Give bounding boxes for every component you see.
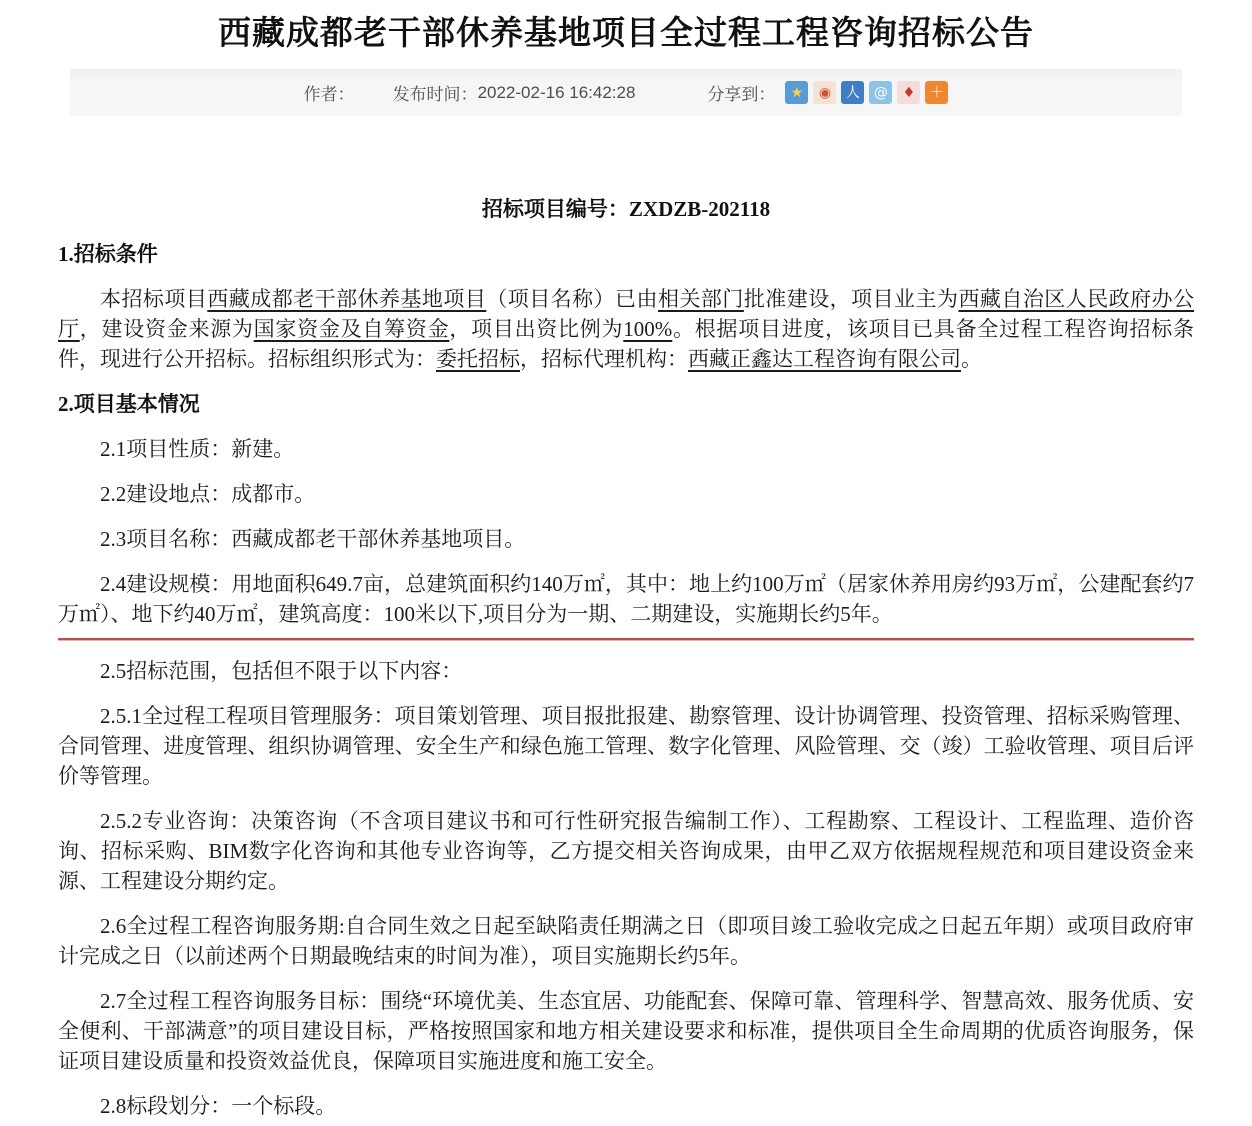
publish-time-label: 发布时间： — [393, 80, 478, 105]
text-run: （项目名称）已由 — [486, 287, 658, 311]
underlined-text-run: 委托招标 — [436, 347, 520, 371]
publish-time-value: 2022-02-16 16:42:28 — [478, 83, 636, 103]
page-title: 西藏成都老干部休养基地项目全过程工程咨询招标公告 — [0, 0, 1252, 56]
project-number-line: 招标项目编号：ZXDZB-202118 — [58, 194, 1194, 224]
share-label: 分享到： — [707, 80, 775, 105]
underlined-text-run: 西藏正鑫达工程咨询有限公司 — [688, 347, 961, 371]
paragraph-project-name: 2.3项目名称：西藏成都老干部休养基地项目。 — [58, 524, 1194, 554]
text-run: 批准建设，项目业主为 — [744, 287, 959, 311]
share-weibo-sun-icon[interactable]: ◉ — [813, 81, 836, 104]
share-qzone-star-icon[interactable]: ★ — [785, 81, 808, 104]
paragraph-tender-conditions: 本招标项目西藏成都老干部休养基地项目（项目名称）已由相关部门批准建设，项目业主为… — [58, 284, 1194, 374]
paragraph-tender-scope-consulting: 2.5.2专业咨询：决策咨询（不含项目建议书和可行性研究报告编制工作）、工程勘察… — [58, 806, 1194, 896]
underlined-text-run: 西藏成都老干部休养基地项目 — [207, 287, 486, 311]
paragraph-service-goal: 2.7全过程工程咨询服务目标：围绕“环境优美、生态宜居、功能配套、保障可靠、管理… — [58, 986, 1194, 1076]
paragraph-project-scale: 2.4建设规模：用地面积649.7亩，总建筑面积约140万㎡，其中：地上约100… — [58, 569, 1194, 629]
paragraph-project-nature: 2.1项目性质：新建。 — [58, 434, 1194, 464]
text-run: ，项目出资比例为 — [449, 317, 623, 341]
project-number-label: 招标项目编号： — [482, 197, 629, 221]
share-red-mark-icon[interactable]: ♦ — [897, 81, 920, 104]
share-icons: ★◉人@♦＋ — [785, 81, 948, 104]
author-label: 作者： — [304, 80, 355, 105]
share-tweibo-swirl-icon[interactable]: @ — [869, 81, 892, 104]
paragraph-service-period: 2.6全过程工程咨询服务期:自合同生效之日起至缺陷责任期满之日（即项目竣工验收完… — [58, 911, 1194, 971]
paragraph-tender-scope-management: 2.5.1全过程工程项目管理服务：项目策划管理、项目报批报建、勘察管理、设计协调… — [58, 701, 1194, 791]
paragraph-project-location: 2.2建设地点：成都市。 — [58, 479, 1194, 509]
paragraph-lot-division: 2.8标段划分：一个标段。 — [58, 1091, 1194, 1121]
text-run: ，招标代理机构： — [520, 347, 688, 371]
underlined-text-run: 100% — [623, 317, 672, 341]
red-underline-divider — [58, 638, 1194, 641]
share-more-plus-icon[interactable]: ＋ — [925, 81, 948, 104]
underlined-text-run: 国家资金及自筹资金 — [254, 317, 450, 341]
underlined-text-run: 相关部门 — [658, 287, 744, 311]
document-body: 招标项目编号：ZXDZB-202118 1.招标条件 本招标项目西藏成都老干部休… — [58, 194, 1194, 1121]
text-run: ，建设资金来源为 — [80, 317, 254, 341]
meta-bar: 作者： 发布时间： 2022-02-16 16:42:28 分享到： ★◉人@♦… — [70, 69, 1182, 116]
heading-tender-conditions: 1.招标条件 — [58, 239, 1194, 269]
text-run: 本招标项目 — [100, 287, 207, 311]
text-run: 。 — [961, 347, 982, 371]
project-number-value: ZXDZB-202118 — [629, 197, 770, 221]
paragraph-tender-scope: 2.5招标范围，包括但不限于以下内容： — [58, 656, 1194, 686]
share-renren-person-icon[interactable]: 人 — [841, 81, 864, 104]
heading-project-overview: 2.项目基本情况 — [58, 389, 1194, 419]
